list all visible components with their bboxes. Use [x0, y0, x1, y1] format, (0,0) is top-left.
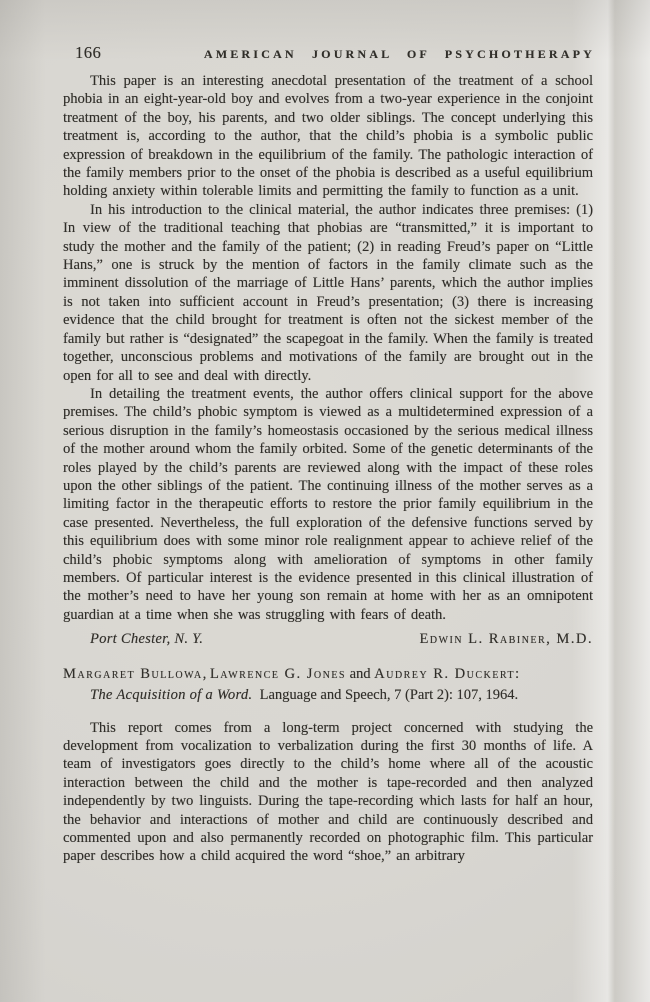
review-paragraph-1: This paper is an interesting anecdotal p… — [63, 72, 593, 201]
author-conjunction: and — [346, 666, 374, 682]
review-signature: Port Chester, N. Y. Edwin L. Rabiner, M.… — [63, 630, 593, 648]
entry-citation-line: The Acquisition of a Word. Language and … — [63, 685, 593, 706]
page-number: 166 — [63, 43, 101, 63]
work-title: The Acquisition of a Word. — [90, 687, 252, 703]
author-separator: , — [203, 666, 210, 682]
reviewer-name: Edwin L. Rabiner, M.D. — [419, 630, 593, 648]
entry-heading: Margaret Bullowa, Lawrence G. Jones and … — [63, 664, 593, 706]
scanned-journal-page: 166 AMERICAN JOURNAL OF PSYCHOTHERAPY Th… — [0, 0, 650, 1002]
review-paragraph-2: In his introduction to the clinical mate… — [63, 201, 593, 385]
author-name: Margaret Bullowa — [63, 666, 203, 682]
running-head: 166 AMERICAN JOURNAL OF PSYCHOTHERAPY — [63, 43, 595, 63]
author-name: Audrey R. Duckert: — [374, 666, 520, 682]
entry-authors: Margaret Bullowa, Lawrence G. Jones and … — [63, 664, 593, 685]
text-block: This paper is an interesting anecdotal p… — [63, 72, 593, 866]
journal-title: AMERICAN JOURNAL OF PSYCHOTHERAPY — [204, 47, 595, 62]
author-name: Lawrence G. Jones — [210, 666, 346, 682]
entry-paragraph-1: This report comes from a long-term proje… — [63, 719, 593, 866]
reviewer-location: Port Chester, N. Y. — [90, 630, 203, 648]
citation-text: Language and Speech, 7 (Part 2): 107, 19… — [252, 687, 518, 703]
review-paragraph-3: In detailing the treatment events, the a… — [63, 385, 593, 624]
